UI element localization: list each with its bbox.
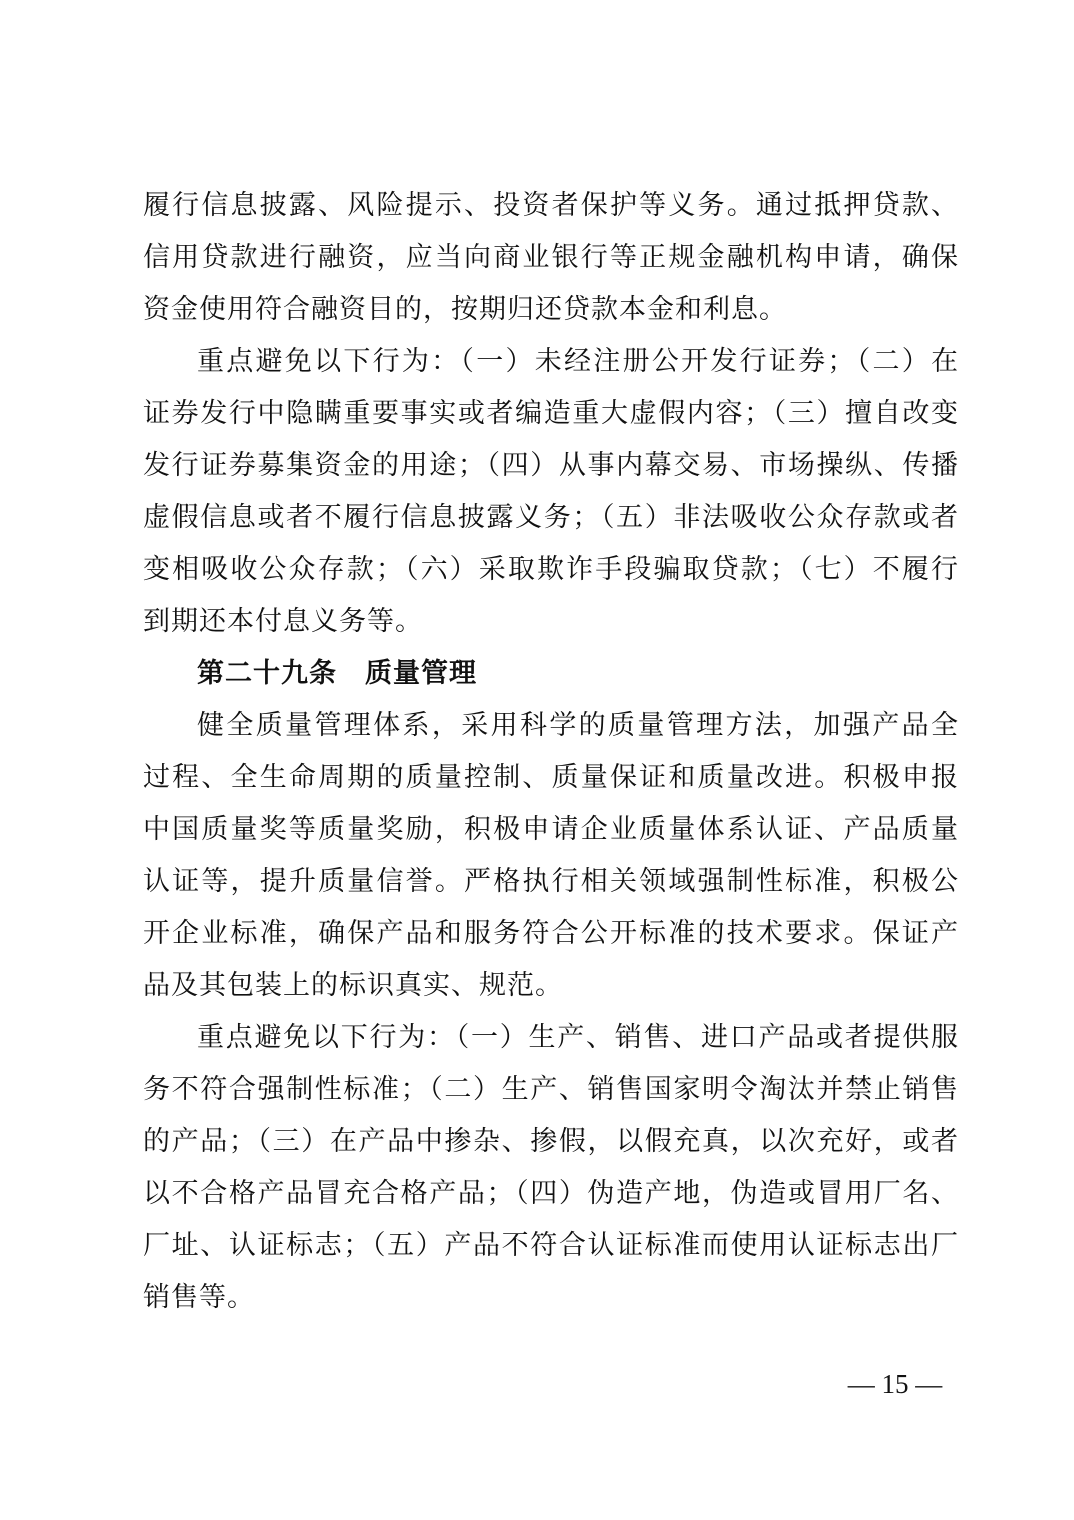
- body-line: 重点避免以下行为：（一）生产、销售、进口产品或者提供服: [143, 1011, 959, 1063]
- body-line: 资金使用符合融资目的，按期归还贷款本金和利息。: [143, 283, 959, 335]
- body-line: 变相吸收公众存款；（六）采取欺诈手段骗取贷款；（七）不履行: [143, 543, 959, 595]
- body-line: 到期还本付息义务等。: [143, 595, 959, 647]
- body-line: 健全质量管理体系，采用科学的质量管理方法，加强产品全: [143, 699, 959, 751]
- article-heading: 第二十九条 质量管理: [143, 647, 959, 699]
- body-line: 证券发行中隐瞒重要事实或者编造重大虚假内容；（三）擅自改变: [143, 387, 959, 439]
- page-number: — 15 —: [840, 1366, 950, 1402]
- body-line: 履行信息披露、风险提示、投资者保护等义务。通过抵押贷款、: [143, 179, 959, 231]
- body-line: 厂址、认证标志；（五）产品不符合认证标准而使用认证标志出厂: [143, 1219, 959, 1271]
- body-line: 销售等。: [143, 1271, 959, 1323]
- body-line: 以不合格产品冒充合格产品；（四）伪造产地，伪造或冒用厂名、: [143, 1167, 959, 1219]
- body-line: 认证等，提升质量信誉。严格执行相关领域强制性标准，积极公: [143, 855, 959, 907]
- body-line: 务不符合强制性标准；（二）生产、销售国家明令淘汰并禁止销售: [143, 1063, 959, 1115]
- body-line: 重点避免以下行为：（一）未经注册公开发行证券；（二）在: [143, 335, 959, 387]
- text-block: 履行信息披露、风险提示、投资者保护等义务。通过抵押贷款、 信用贷款进行融资，应当…: [143, 179, 959, 1323]
- body-line: 中国质量奖等质量奖励，积极申请企业质量体系认证、产品质量: [143, 803, 959, 855]
- body-line: 开企业标准，确保产品和服务符合公开标准的技术要求。保证产: [143, 907, 959, 959]
- body-line: 虚假信息或者不履行信息披露义务；（五）非法吸收公众存款或者: [143, 491, 959, 543]
- body-line: 发行证券募集资金的用途；（四）从事内幕交易、市场操纵、传播: [143, 439, 959, 491]
- document-page: 履行信息披露、风险提示、投资者保护等义务。通过抵押贷款、 信用贷款进行融资，应当…: [0, 0, 1074, 1520]
- body-line: 品及其包装上的标识真实、规范。: [143, 959, 959, 1011]
- body-line: 的产品；（三）在产品中掺杂、掺假，以假充真，以次充好，或者: [143, 1115, 959, 1167]
- body-line: 信用贷款进行融资，应当向商业银行等正规金融机构申请，确保: [143, 231, 959, 283]
- body-line: 过程、全生命周期的质量控制、质量保证和质量改进。积极申报: [143, 751, 959, 803]
